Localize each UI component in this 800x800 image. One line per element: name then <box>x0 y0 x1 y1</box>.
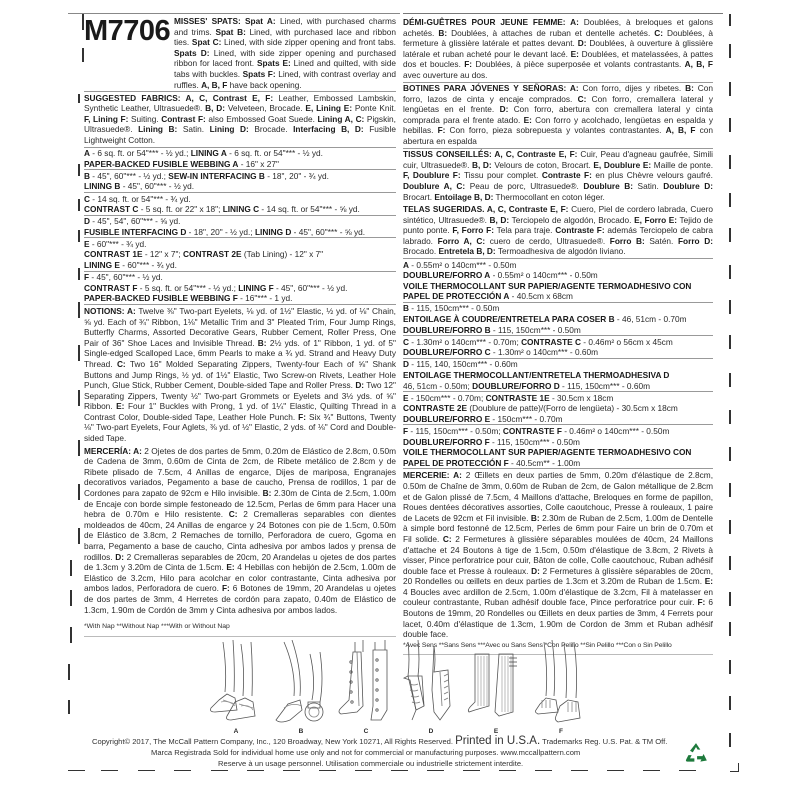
suggested-fabrics: SUGGESTED FABRICS: A, C, Contrast E, F: … <box>84 91 396 146</box>
yardage-row: B - 45", 60"*** - ½ yd.; SEW-IN INTERFAC… <box>84 171 396 182</box>
copyright-line: Copyright© 2017, The McCall Pattern Comp… <box>92 737 667 747</box>
view-label: D <box>400 728 462 735</box>
margin-mark <box>78 268 80 280</box>
illustration-view-e: E <box>465 640 527 735</box>
margin-mark <box>729 447 731 461</box>
margin-mark <box>78 199 80 211</box>
yardage-row: CONTRAST F - 5 sq. ft. or 54"*** - ½ yd.… <box>84 283 396 294</box>
yardage-row: PAPEL DE PROTECCIÓN A - 40.5cm x 68cm <box>403 291 713 302</box>
yardage-row: F - 45", 60"*** - ½ yd. <box>84 272 396 283</box>
margin-mark <box>78 484 80 500</box>
margin-mark <box>729 265 731 279</box>
yardage-row: DOUBLURE/FORRO F - 115, 150cm*** - 0.50m <box>403 437 713 448</box>
margin-mark <box>729 696 731 710</box>
printed-in-usa: Printed in U.S.A. <box>455 735 540 747</box>
trademark-text: Trademarks Reg. U.S. Pat. & TM Off. <box>542 737 667 746</box>
margin-mark <box>78 302 80 318</box>
yardage-group: D - 115, 140, 150cm*** - 0.60mENTOILAGE … <box>403 358 713 391</box>
margin-mark <box>729 44 731 58</box>
margin-mark <box>70 560 72 576</box>
margin-mark <box>78 440 80 456</box>
english-column: M7706 MISSES' SPATS: Spat A: Lined, with… <box>84 16 396 637</box>
yardage-row: C - 14 sq. ft. or 54"*** - ¾ yd. <box>84 194 396 205</box>
yardage-table: A - 6 sq. ft. or 54"*** - ½ yd.; LINING … <box>84 147 396 305</box>
mercerie: MERCERIE: A: 2 Œillets en deux parties d… <box>403 469 713 641</box>
merceria: MERCERÍA: A: 2 Ojetes de dos partes de 5… <box>84 445 396 617</box>
yardage-group: B - 45", 60"*** - ½ yd.; SEW-IN INTERFAC… <box>84 169 396 192</box>
margin-mark <box>68 700 70 714</box>
margin-mark <box>729 622 731 636</box>
margin-mark <box>729 733 731 747</box>
yardage-group: C - 1.30m² o 140cm*** - 0.70m; CONTRASTE… <box>403 335 713 358</box>
margin-mark <box>70 627 72 643</box>
margin-mark <box>68 664 70 680</box>
yardage-row: PAPER-BACKED FUSIBLE WEBBING F - 16"*** … <box>84 293 396 304</box>
yardage-row: D - 115, 140, 150cm*** - 0.60m <box>403 359 713 370</box>
view-label: B <box>270 728 332 735</box>
margin-mark <box>729 335 731 349</box>
french-spanish-column: DÉMI-GUÊTRES POUR JEUNE FEMME: A: Doublé… <box>403 16 713 655</box>
margin-mark <box>78 528 80 544</box>
yardage-row: CONTRAST C - 5 sq. ft. or 22" x 18"; LIN… <box>84 204 396 215</box>
yardage-row: E - 150cm*** - 0.70m; CONTRASTE 1E - 30.… <box>403 393 713 404</box>
yardage-row: ENTOILAGE THERMOCOLLANT/ENTRETELA THERMO… <box>403 370 713 381</box>
margin-mark <box>729 155 731 169</box>
margin-mark <box>729 228 731 242</box>
yardage-row: DOUBLURE/FORRO A - 0.55m² o 140cm*** - 0… <box>403 270 713 281</box>
yardage-row: PAPER-BACKED FUSIBLE WEBBING A - 16" x 2… <box>84 159 396 170</box>
yardage-group: F - 45", 60"*** - ½ yd.CONTRAST F - 5 sq… <box>84 271 396 305</box>
margin-mark <box>729 373 731 387</box>
yardage-row: CONTRASTE 2E (Doublure de patte)/(Forro … <box>403 403 713 414</box>
illustration-view-b: B <box>270 640 332 735</box>
view-illustrations: A B C <box>200 640 600 735</box>
description-fr: DÉMI-GUÊTRES POUR JEUNE FEMME: A: Doublé… <box>403 16 713 82</box>
yardage-group: E - 150cm*** - 0.70m; CONTRASTE 1E - 30.… <box>403 391 713 424</box>
yardage-row: E - 60"*** - ¾ yd. <box>84 239 396 250</box>
pattern-number: M7706 <box>84 16 174 46</box>
margin-mark <box>729 483 731 497</box>
margin-mark <box>78 164 80 176</box>
yardage-row: VOILE THERMOCOLLANT SUR PAPIER/AGENTE TE… <box>403 281 713 292</box>
yardage-row: C - 1.30m² o 140cm*** - 0.70m; CONTRASTE… <box>403 337 713 348</box>
margin-mark <box>729 118 731 132</box>
corner-mark <box>730 763 739 772</box>
margin-mark <box>78 345 80 361</box>
telas-sugeridas: TELAS SUGERIDAS. A, C, Contraste E, F: C… <box>403 203 713 258</box>
margin-mark <box>70 590 72 606</box>
illustration-view-a: A <box>205 640 267 735</box>
view-label: A <box>205 728 267 735</box>
view-label: C <box>335 728 397 735</box>
yardage-group: C - 14 sq. ft. or 54"*** - ¾ yd.CONTRAST… <box>84 192 396 215</box>
recycle-icon <box>683 741 709 767</box>
yardage-row: LINING E - 60"*** - ¾ yd. <box>84 260 396 271</box>
yardage-group: F - 115, 150cm*** - 0.50m; CONTRASTE F -… <box>403 424 713 469</box>
yardage-row: PAPEL DE PROTECCIÓN F - 40.5cm** - 1.00m <box>403 458 713 469</box>
usage-line-en: Marca Registrada Sold for individual hom… <box>151 748 580 758</box>
margin-mark <box>729 556 731 570</box>
yardage-group: B - 115, 150cm*** - 0.50mENTOILAGE À COU… <box>403 302 713 335</box>
illustration-view-d: D <box>400 640 462 735</box>
yardage-group: E - 60"*** - ¾ yd.CONTRAST 1E - 12" x 7"… <box>84 237 396 270</box>
tissus-conseilles: TISSUS CONSEILLÉS: A, C, Contraste E, F:… <box>403 148 713 203</box>
margin-mark <box>729 410 731 424</box>
copyright-text: Copyright© 2017, The McCall Pattern Comp… <box>92 737 453 746</box>
yardage-row: ENTOILAGE À COUDRE/ENTRETELA PARA COSER … <box>403 314 713 325</box>
margin-mark <box>78 390 80 406</box>
margin-mark <box>729 300 731 314</box>
usage-line-fr: Reserve à un usage personnel. Utilisatio… <box>218 759 523 769</box>
pattern-envelope-back: M7706 MISSES' SPATS: Spat A: Lined, with… <box>0 0 800 800</box>
yardage-row: DOUBLURE/FORRO B - 115, 150cm*** - 0.50m <box>403 325 713 336</box>
margin-mark <box>78 94 80 103</box>
yardage-group: D - 45", 54", 60"*** - ⅝ yd.FUSIBLE INTE… <box>84 215 396 238</box>
notions: NOTIONS: A: Twelve ⅜" Two-part Eyelets, … <box>84 305 396 445</box>
yardage-row: 46, 51cm - 0.50m; DOUBLURE/FORRO D - 115… <box>403 381 713 392</box>
top-rule-right <box>403 13 723 14</box>
yardage-row: D - 45", 54", 60"*** - ⅝ yd. <box>84 216 396 227</box>
yardage-row: A - 0.55m² o 140cm*** - 0.50m <box>403 260 713 271</box>
illustration-view-f: F <box>530 640 592 735</box>
margin-mark <box>729 520 731 534</box>
nap-legend: *With Nap **Without Nap ***With or Witho… <box>84 622 396 637</box>
description-en: MISSES' SPATS: Spat A: Lined, with purch… <box>174 16 396 90</box>
illustration-view-c: C <box>335 640 397 735</box>
yardage-row: DOUBLURE/FORRO C - 1.30m² o 140cm*** - 0… <box>403 347 713 358</box>
yardage-row: VOILE THERMOCOLLANT SUR PAPIER/AGENTE TE… <box>403 447 713 458</box>
yardage-row: FUSIBLE INTERFACING D - 18", 20" - ½ yd.… <box>84 227 396 238</box>
margin-mark <box>729 82 731 96</box>
margin-mark <box>729 592 731 606</box>
header: M7706 MISSES' SPATS: Spat A: Lined, with… <box>84 16 396 90</box>
yardage-group: A - 0.55m² o 140cm*** - 0.50mDOUBLURE/FO… <box>403 258 713 302</box>
yardage-row: DOUBLURE/FORRO E - 150cm*** - 0.70m <box>403 414 713 425</box>
margin-mark <box>729 193 731 207</box>
margin-mark <box>729 14 731 26</box>
view-label: F <box>530 728 592 735</box>
top-rule-left <box>68 13 400 14</box>
yardage-group: A - 6 sq. ft. or 54"*** - ½ yd.; LINING … <box>84 147 396 170</box>
yardage-row: CONTRAST 1E - 12" x 7"; CONTRAST 2E (Tab… <box>84 249 396 260</box>
yardage-row: A - 6 sq. ft. or 54"*** - ½ yd.; LINING … <box>84 148 396 159</box>
cut-line <box>68 770 720 773</box>
yardage-row: B - 115, 150cm*** - 0.50m <box>403 303 713 314</box>
margin-mark <box>78 230 80 242</box>
yardage-row: F - 115, 150cm*** - 0.50m; CONTRASTE F -… <box>403 426 713 437</box>
yardage-row: LINING B - 45", 60"*** - ½ yd. <box>84 181 396 192</box>
description-es: BOTINES PARA JÓVENES Y SEÑORAS: A: Con f… <box>403 82 713 148</box>
view-label: E <box>465 728 527 735</box>
margin-mark <box>729 660 731 674</box>
metrage-table: A - 0.55m² o 140cm*** - 0.50mDOUBLURE/FO… <box>403 258 713 469</box>
